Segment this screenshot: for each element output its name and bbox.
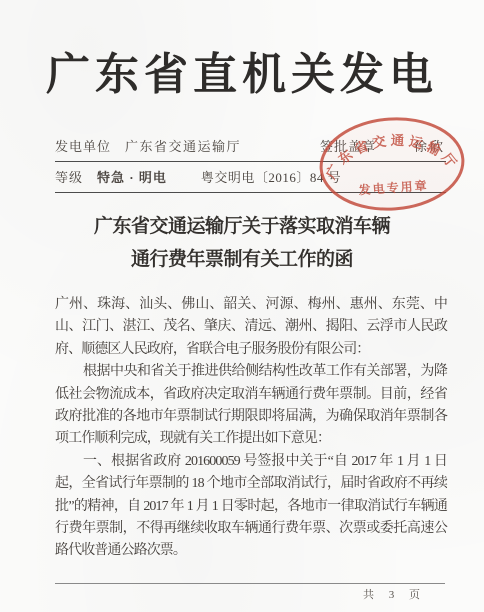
intro-paragraph: 根据中央和省关于推进供给侧结构性改革工作有关部署，为降低社会物流成本，省政府决定… <box>55 361 447 451</box>
grade-label: 等级 <box>55 167 83 186</box>
scanned-telegram-document: 广东省直机关发电 发电单位 广东省交通运输厅 签批盖章 徐欣 等级 特急 · 明… <box>0 0 484 612</box>
item-one-paragraph: 一、根据省政府 201600059 号签报中关于“自 2017 年 1 月 1 … <box>55 451 447 563</box>
sign-group: 签批盖章 徐欣 <box>320 136 446 155</box>
document-title-line2: 通行费年票制有关工作的函 <box>0 243 484 276</box>
footer-rule <box>55 583 445 584</box>
document-number: 粤交明电〔2016〕84 号 <box>201 167 341 186</box>
document-title: 广东省交通运输厅关于落实取消车辆 通行费年票制有关工作的函 <box>0 210 484 276</box>
signer-name: 徐欣 <box>414 136 446 155</box>
recipients-paragraph: 广州、珠海、汕头、佛山、韶关、河源、梅州、惠州、东莞、中山、江门、湛江、茂名、肇… <box>55 294 447 361</box>
sender-value: 广东省交通运输厅 <box>125 136 241 155</box>
sender-label: 发电单位 <box>55 136 111 155</box>
sign-label: 签批盖章 <box>320 136 376 155</box>
document-title-line1: 广东省交通运输厅关于落实取消车辆 <box>0 210 484 243</box>
masthead-title: 广东省直机关发电 <box>0 38 484 102</box>
grade-value: 特急 · 明电 <box>97 167 167 186</box>
document-body: 广州、珠海、汕头、佛山、韶关、河源、梅州、惠州、东莞、中山、江门、湛江、茂名、肇… <box>55 294 447 563</box>
sender-row: 发电单位 广东省交通运输厅 签批盖章 徐欣 <box>55 131 446 162</box>
header-form: 发电单位 广东省交通运输厅 签批盖章 徐欣 等级 特急 · 明电 粤交明电〔20… <box>55 131 446 193</box>
grade-row: 等级 特急 · 明电 粤交明电〔2016〕84 号 <box>55 162 446 193</box>
page-count: 共 3 页 <box>363 586 426 602</box>
